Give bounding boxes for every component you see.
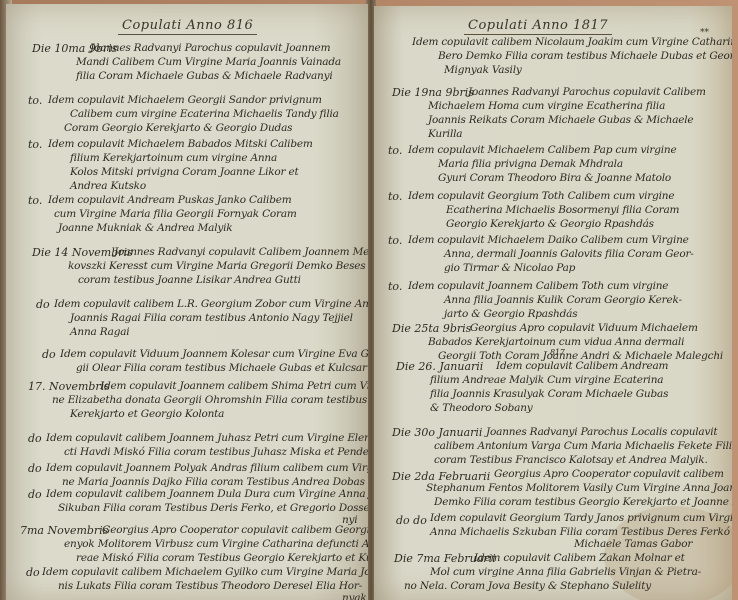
entry-date: to.	[388, 280, 402, 293]
entry-line: Stephanum Fentos Molitorem Vasily Cum Vi…	[426, 482, 732, 494]
entry-line: Idem copulavit Calibem Andream	[496, 360, 668, 372]
entry-line: Joannis Ragai Filia coram testibus Anton…	[70, 312, 353, 324]
entry-date: 17. Novembris	[28, 380, 110, 393]
entry-line: Kurilla	[428, 128, 462, 140]
entry-line: filia Joannis Krasulyak Coram Michaele G…	[430, 388, 668, 400]
entry-line: coram Testibus Francisco Kalotsay et And…	[434, 454, 708, 466]
entry-line: Idem copulavit calibem L.R. Georgium Zob…	[54, 298, 368, 310]
entry-line: Idem copulavit calibem Joannem Juhasz Pe…	[46, 432, 368, 444]
entry-date: Die 25ta 9bris	[392, 322, 471, 335]
entry-line: gio Tirmar & Nicolao Pap	[444, 262, 575, 274]
entry-line: Anna, dermali Joannis Galovits filia Cor…	[444, 248, 694, 260]
entry-date: do	[28, 462, 42, 475]
entry-line: Georgius Apro copulavit Viduum Michaelem	[470, 322, 698, 334]
entry-line: Kerekjarto et Georgio Kolonta	[70, 408, 224, 420]
entry-date: do	[28, 432, 42, 445]
entry-line: reae Miskó Filia coram Testibus Georgio …	[76, 552, 368, 564]
entry-date: Die 30o Januarii	[392, 426, 482, 439]
entry-line: Joannes Radvanyi Parochus copulavit Cali…	[468, 86, 706, 98]
entry-line: Anna filia Joannis Kulik Coram Georgio K…	[444, 294, 682, 306]
entry-line: Maria filia privigna Demak Mhdrala	[438, 158, 623, 170]
entry-line: Ecatherina Michaelis Bosormenyi filia Co…	[446, 204, 679, 216]
entry-date: do	[26, 566, 40, 579]
entry-date: to.	[28, 138, 42, 151]
entry-line: Idem copulavit Joannem Polyak Andras fil…	[46, 462, 368, 474]
left-page: Copulati Anno 816 Die 10ma 9bris Joannes…	[6, 4, 368, 600]
entry-line: Joannes Radvanyi Parochus copulavit Joan…	[90, 42, 330, 54]
entry-date: to.	[388, 190, 402, 203]
entry-date: do do	[396, 514, 427, 527]
entry-line: filium Andreae Malyik Cum virgine Ecater…	[430, 374, 663, 386]
entry-line: Georgius Apro Cooperator copulavit calib…	[102, 524, 368, 536]
entry-line: Joannis Reikats Coram Michaele Gubas & M…	[428, 114, 693, 126]
entry-line: Mol cum virgine Anna filia Gabrielis Vin…	[430, 566, 701, 578]
entry-line: Anna Ragai	[70, 326, 129, 338]
entry-date: Die 19na 9bris	[392, 86, 474, 99]
entry-line: Idem copulavit calibem Nicolaum Joakim c…	[412, 36, 732, 48]
entry-line: Kolos Mitski privigna Coram Joanne Likor…	[70, 166, 299, 178]
entry-date: Die 26. Januarii	[396, 360, 483, 373]
entry-line: Calibem cum virgine Ecaterina Michaelis …	[70, 108, 339, 120]
entry-line: Anna Michaelis Szkuban Filia coram Testi…	[430, 526, 732, 538]
entry-line: Michaele Tamas Gabor	[574, 538, 692, 550]
entry-line: cum Virgine Maria filia Georgii Fornyak …	[54, 208, 297, 220]
entry-line: gii Olear Filia coram testibus Michaele …	[76, 362, 368, 374]
right-page: Copulati Anno 1817 ** Idem copulavit cal…	[374, 6, 732, 600]
entry-line: Idem copulavit Calibem Zakan Molnar et	[474, 552, 685, 564]
entry-line: Mandi Calibem Cum Virgine Maria Joannis …	[76, 56, 341, 68]
entry-line: Michaelem Homa cum virgine Ecatherina fi…	[428, 100, 665, 112]
entry-date: to.	[388, 234, 402, 247]
entry-line: Joannes Radvanyi copulavit Calibem Joann…	[114, 246, 368, 258]
entry-line: Idem copulavit Andream Puskas Janko Cali…	[48, 194, 292, 206]
entry-line: Gyuri Coram Theodoro Bira & Joanne Matol…	[438, 172, 671, 184]
entry-line: Sikuban Filia coram Testibus Deris Ferko…	[58, 502, 368, 514]
entry-line: Bero Demko Filia coram testibus Michaele…	[438, 50, 732, 62]
entry-line: Idem copulavit Joannem calibem Shima Pet…	[100, 380, 368, 392]
entry-line: no Nela. Coram Jova Besity & Stephano Su…	[404, 580, 651, 592]
entry-line: filia Coram Michaele Gubas & Michaele Ra…	[76, 70, 332, 82]
entry-line: Idem copulavit Joannem Calibem Toth cum …	[408, 280, 668, 292]
entry-line: Idem copulavit Viduum Joannem Kolesar cu…	[60, 348, 368, 360]
entry-line: Idem copulavit Michaelem Babados Mitski …	[48, 138, 313, 150]
entry-line: ne Elizabetha donata Georgii Ohromshin F…	[52, 394, 368, 406]
right-page-heading: Copulati Anno 1817	[464, 18, 612, 35]
entry-line: Joannes Radvanyi Parochus Localis copula…	[486, 426, 717, 438]
entry-line: Idem copulavit Georgium Toth Calibem cum…	[408, 190, 674, 202]
entry-line: jarto & Georgio Rpashdás	[444, 308, 577, 320]
entry-line: coram testibus Joanne Lisikar Andrea Gut…	[78, 274, 301, 286]
open-register-book: Copulati Anno 816 Die 10ma 9bris Joannes…	[0, 0, 738, 600]
entry-line: Idem copulavit Michaelem Georgii Sandor …	[48, 94, 322, 106]
entry-line: & Theodoro Sobany	[430, 402, 533, 414]
entry-date: do	[42, 348, 56, 361]
entry-line: Andrea Kutsko	[70, 180, 146, 192]
entry-date: 7ma Novembris	[20, 524, 108, 537]
entry-line: enyok Molitorem Virbusz cum Virgine Cath…	[64, 538, 368, 550]
entry-line: Idem copulavit Michaelem Daiko Calibem c…	[408, 234, 689, 246]
year-superscript: 817	[550, 348, 565, 357]
entry-line: kovszki Keresst cum Virgine Maria Gregor…	[68, 260, 366, 272]
entry-line: Idem copulavit Michaelem Calibem Pap cum…	[408, 144, 676, 156]
entry-line: calibem Antonium Varga Cum Maria Michael…	[434, 440, 732, 452]
entry-line: Babados Kerekjartoinum cum vidua Anna de…	[428, 336, 684, 348]
entry-line: filium Kerekjartoinum cum virgine Anna	[70, 152, 277, 164]
entry-line: nis Lukats Filia coram Testibus Theodoro…	[58, 580, 362, 592]
entry-line: Idem copulavit Georgium Tardy Janos priv…	[430, 512, 732, 524]
entry-line: Mignyak Vasily	[444, 64, 522, 76]
entry-line: nyak	[342, 592, 367, 600]
entry-line: Demko Filia coram testibus Georgio Kerek…	[434, 496, 732, 508]
entry-date: to.	[388, 144, 402, 157]
entry-line: Idem copulavit calibem Joannem Dula Dura…	[46, 488, 368, 500]
entry-line: Coram Georgio Kerekjarto & Georgio Dudas	[64, 122, 292, 134]
entry-date: to.	[28, 194, 42, 207]
entry-line: Georgio Kerekjarto & Georgio Rpashdás	[446, 218, 654, 230]
entry-line: Georgius Apro Cooperator copulavit calib…	[494, 468, 724, 480]
entry-date: do	[28, 488, 42, 501]
left-page-heading: Copulati Anno 816	[118, 18, 257, 35]
entry-line: ne Maria Joannis Dajko Filia coram Testi…	[62, 476, 368, 488]
entry-line: Idem copulavit calibem Michaelem Gyilko …	[42, 566, 368, 578]
entry-date: to.	[28, 94, 42, 107]
entry-date: do	[36, 298, 50, 311]
entry-line: Joanne Mukniak & Andrea Malyik	[58, 222, 232, 234]
entry-line: cti Havdi Miskó Filia coram testibus Juh…	[64, 446, 368, 458]
